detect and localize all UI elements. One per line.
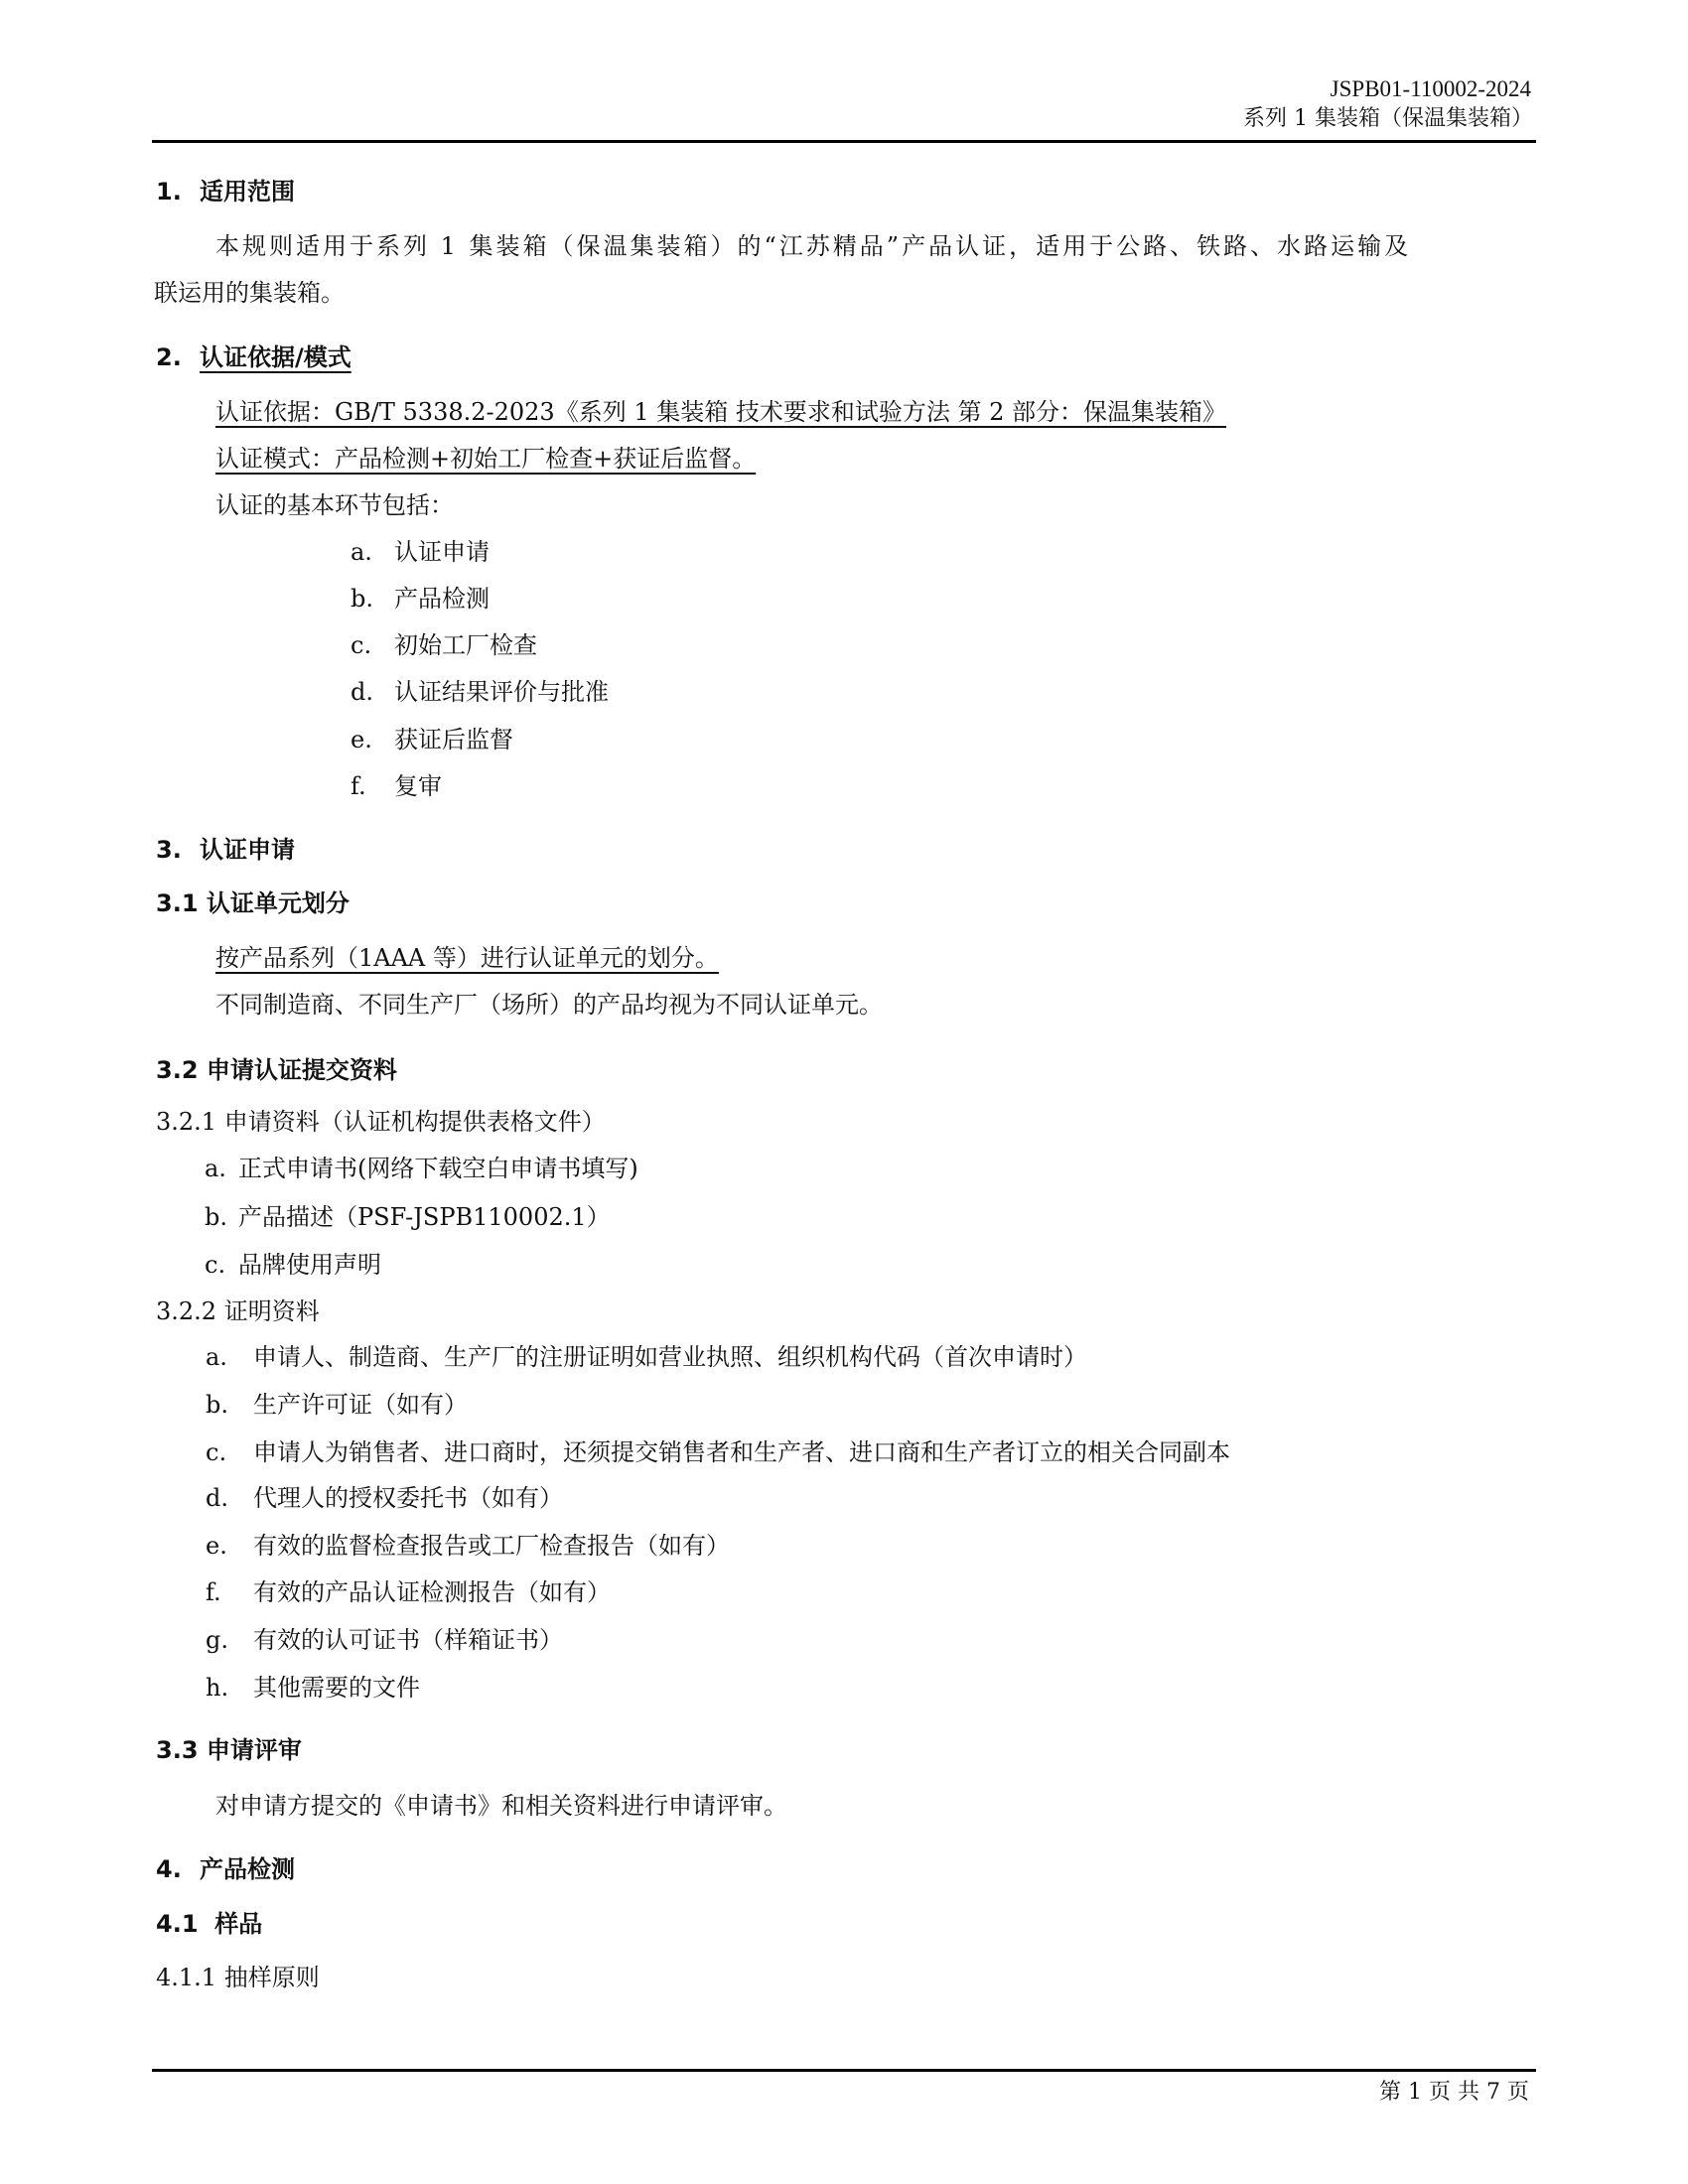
item-label: b. bbox=[205, 1201, 238, 1233]
steps-intro: 认证的基本环节包括： bbox=[215, 489, 454, 521]
step-label: f. bbox=[351, 770, 394, 802]
section-number: 3. bbox=[156, 834, 200, 866]
subsection-3-2-1-heading: 3.2.1 申请资料（认证机构提供表格文件） bbox=[156, 1106, 606, 1138]
step-label: e. bbox=[351, 724, 394, 755]
section-4-heading: 4.产品检测 bbox=[156, 1853, 295, 1885]
step-text: 认证结果评价与批准 bbox=[394, 678, 609, 706]
section-title: 适用范围 bbox=[200, 178, 295, 205]
step-item: a.认证申请 bbox=[351, 536, 490, 568]
step-item: d.认证结果评价与批准 bbox=[351, 676, 609, 708]
section-number: 1. bbox=[156, 176, 200, 207]
step-text: 认证申请 bbox=[394, 538, 490, 566]
item-text: 生产许可证（如有） bbox=[253, 1391, 468, 1419]
item-label: d. bbox=[206, 1482, 253, 1514]
proof-doc-item: a.申请人、制造商、生产厂的注册证明如营业执照、组织机构代码（首次申请时） bbox=[206, 1341, 1087, 1373]
item-text: 产品描述（PSF-JSPB110002.1） bbox=[238, 1203, 611, 1231]
proof-doc-item: f.有效的产品认证检测报告（如有） bbox=[206, 1576, 611, 1608]
certification-mode: 认证模式：产品检测+初始工厂检查+获证后监督。 bbox=[215, 443, 756, 475]
proof-doc-item: b.生产许可证（如有） bbox=[206, 1389, 468, 1421]
step-label: d. bbox=[351, 676, 394, 708]
application-review-text: 对申请方提交的《申请书》和相关资料进行申请评审。 bbox=[215, 1790, 787, 1822]
unit-division-rule: 按产品系列（1AAA 等）进行认证单元的划分。 bbox=[215, 942, 719, 974]
item-text: 申请人、制造商、生产厂的注册证明如营业执照、组织机构代码（首次申请时） bbox=[253, 1343, 1087, 1371]
section-number: 2. bbox=[156, 341, 200, 373]
section-2-heading: 2.认证依据/模式 bbox=[156, 341, 352, 373]
item-label: a. bbox=[205, 1153, 238, 1184]
step-label: a. bbox=[351, 536, 394, 568]
item-label: e. bbox=[206, 1530, 253, 1562]
item-text: 品牌使用声明 bbox=[238, 1251, 381, 1279]
step-text: 获证后监督 bbox=[394, 726, 513, 753]
step-item: b.产品检测 bbox=[351, 583, 490, 614]
section-title: 产品检测 bbox=[200, 1855, 295, 1883]
application-doc-item: a.正式申请书(网络下载空白申请书填写) bbox=[205, 1153, 638, 1184]
item-text: 代理人的授权委托书（如有） bbox=[253, 1484, 563, 1512]
subsection-3-1-heading: 3.1 认证单元划分 bbox=[156, 887, 350, 919]
subsection-4-1-1-heading: 4.1.1 抽样原则 bbox=[156, 1962, 320, 1993]
application-doc-item: b.产品描述（PSF-JSPB110002.1） bbox=[205, 1201, 611, 1233]
section-1-paragraph-line-2: 联运用的集装箱。 bbox=[154, 277, 345, 309]
item-text: 正式申请书(网络下载空白申请书填写) bbox=[238, 1155, 638, 1182]
step-label: c. bbox=[351, 629, 394, 661]
item-text: 有效的产品认证检测报告（如有） bbox=[253, 1578, 611, 1606]
subsection-3-2-2-heading: 3.2.2 证明资料 bbox=[156, 1296, 320, 1327]
step-text: 产品检测 bbox=[394, 585, 490, 613]
item-label: b. bbox=[206, 1389, 253, 1421]
item-text: 有效的认可证书（样箱证书） bbox=[253, 1626, 563, 1654]
subsection-3-3-heading: 3.3 申请评审 bbox=[156, 1734, 302, 1766]
item-label: f. bbox=[206, 1576, 253, 1608]
step-text: 复审 bbox=[394, 772, 442, 800]
item-label: h. bbox=[206, 1672, 253, 1704]
item-label: g. bbox=[206, 1624, 253, 1656]
item-label: c. bbox=[205, 1249, 238, 1281]
section-3-heading: 3.认证申请 bbox=[156, 834, 295, 866]
certification-basis: 认证依据：GB/T 5338.2-2023《系列 1 集装箱 技术要求和试验方法… bbox=[215, 396, 1226, 428]
document-code: JSPB01-110002-2024 bbox=[1331, 75, 1531, 103]
step-item: e.获证后监督 bbox=[351, 724, 513, 755]
section-title: 认证依据/模式 bbox=[200, 343, 352, 371]
section-1-paragraph-line-1: 本规则适用于系列 1 集装箱（保温集装箱）的“江苏精品”产品认证，适用于公路、铁… bbox=[215, 230, 1411, 262]
subsection-3-2-heading: 3.2 申请认证提交资料 bbox=[156, 1054, 397, 1086]
proof-doc-item: e.有效的监督检查报告或工厂检查报告（如有） bbox=[206, 1530, 730, 1562]
step-item: c.初始工厂检查 bbox=[351, 629, 537, 661]
proof-doc-item: g.有效的认可证书（样箱证书） bbox=[206, 1624, 563, 1656]
footer-rule bbox=[152, 2069, 1536, 2072]
section-1-heading: 1.适用范围 bbox=[156, 176, 295, 207]
item-text: 申请人为销售者、进口商时，还须提交销售者和生产者、进口商和生产者订立的相关合同副… bbox=[253, 1438, 1230, 1466]
subsection-4-1-heading: 4.1 样品 bbox=[156, 1908, 262, 1940]
unit-division-note: 不同制造商、不同生产厂（场所）的产品均视为不同认证单元。 bbox=[215, 989, 883, 1021]
section-number: 4. bbox=[156, 1853, 200, 1885]
section-title: 认证申请 bbox=[200, 836, 295, 864]
document-subtitle: 系列 1 集装箱（保温集装箱） bbox=[1243, 105, 1533, 133]
step-label: b. bbox=[351, 583, 394, 614]
proof-doc-item: h.其他需要的文件 bbox=[206, 1672, 420, 1704]
proof-doc-item: d.代理人的授权委托书（如有） bbox=[206, 1482, 563, 1514]
item-label: a. bbox=[206, 1341, 253, 1373]
page-number: 第 1 页 共 7 页 bbox=[1379, 2079, 1529, 2107]
proof-doc-item: c.申请人为销售者、进口商时，还须提交销售者和生产者、进口商和生产者订立的相关合… bbox=[206, 1436, 1230, 1468]
item-text: 有效的监督检查报告或工厂检查报告（如有） bbox=[253, 1532, 730, 1560]
item-text: 其他需要的文件 bbox=[253, 1674, 420, 1702]
step-item: f.复审 bbox=[351, 770, 442, 802]
item-label: c. bbox=[206, 1436, 253, 1468]
header-rule bbox=[152, 140, 1536, 143]
step-text: 初始工厂检查 bbox=[394, 631, 537, 659]
application-doc-item: c.品牌使用声明 bbox=[205, 1249, 381, 1281]
